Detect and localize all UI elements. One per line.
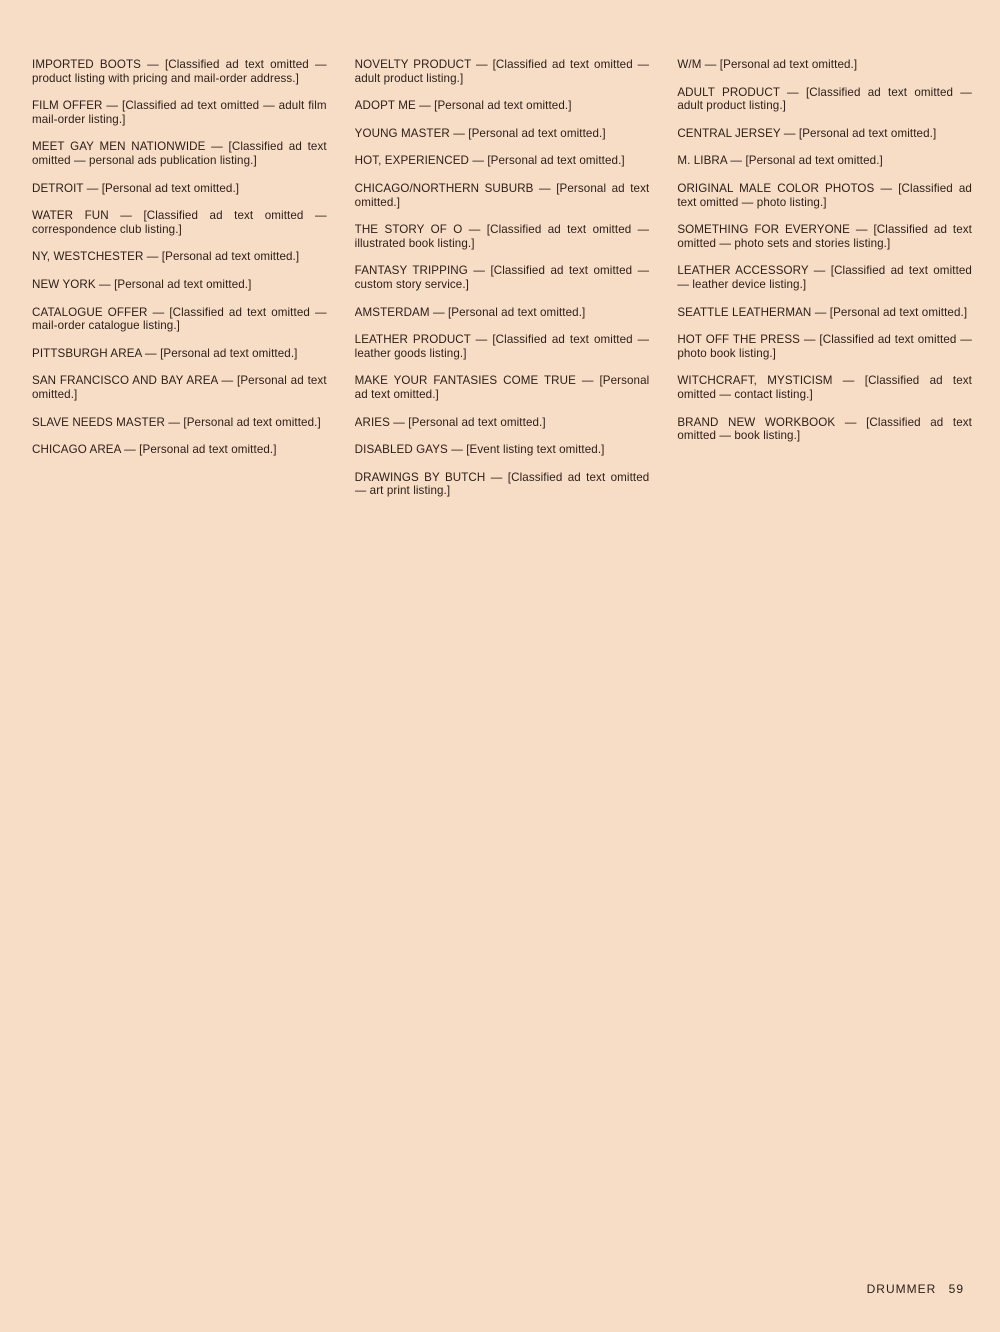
classified-ad: Original male color photos — [Classified… (677, 182, 972, 209)
classified-ad: The Story of O — [Classified ad text omi… (355, 223, 650, 250)
ad-title: Brand new workbook (677, 416, 835, 429)
ad-title: Something for everyone (677, 223, 850, 236)
ad-title: Young master (355, 127, 450, 140)
classified-ad: Drawings by Butch — [Classified ad text … (355, 471, 650, 498)
ad-title: Slave needs master (32, 416, 165, 429)
ad-body: [Personal ad text omitted.] (830, 306, 967, 319)
ad-title: Disabled gays (355, 443, 448, 456)
classified-ad: Imported boots — [Classified ad text omi… (32, 58, 327, 85)
ad-title: Drawings by Butch (355, 471, 486, 484)
ad-title: Catalogue offer (32, 306, 148, 319)
classified-ad: Central Jersey — [Personal ad text omitt… (677, 127, 972, 141)
ad-title: Aries (355, 416, 390, 429)
ad-title: Water fun (32, 209, 109, 222)
ad-title: M. Libra (677, 154, 727, 167)
classified-ad: Leather accessory — [Classified ad text … (677, 264, 972, 291)
ad-body: [Personal ad text omitted.] (434, 99, 571, 112)
ad-title: Chicago/Northern suburb (355, 182, 534, 195)
column-2: Novelty product — [Classified ad text om… (355, 58, 650, 1283)
classified-ad: Meet gay men nationwide — [Classified ad… (32, 140, 327, 167)
ad-title: Leather product (355, 333, 471, 346)
ad-title: Witchcraft, mysticism (677, 374, 832, 387)
classified-ad: Film offer — [Classified ad text omitted… (32, 99, 327, 126)
ad-body: [Personal ad text omitted.] (448, 306, 585, 319)
classified-ad: Seattle leatherman — [Personal ad text o… (677, 306, 972, 320)
ad-title: Pittsburgh area (32, 347, 142, 360)
classified-ad: Water fun — [Classified ad text omitted … (32, 209, 327, 236)
ad-title: Central Jersey (677, 127, 780, 140)
ad-title: W/M (677, 58, 701, 71)
ad-title: Fantasy tripping (355, 264, 468, 277)
ad-body: [Personal ad text omitted.] (102, 182, 239, 195)
classified-ad: Chicago area — [Personal ad text omitted… (32, 443, 327, 457)
classified-ad: New York — [Personal ad text omitted.] (32, 278, 327, 292)
ad-title: Chicago area (32, 443, 121, 456)
classified-ad: NY, Westchester — [Personal ad text omit… (32, 250, 327, 264)
classified-ad: Amsterdam — [Personal ad text omitted.] (355, 306, 650, 320)
classified-ad: Adult product — [Classified ad text omit… (677, 86, 972, 113)
classified-ad: Pittsburgh area — [Personal ad text omit… (32, 347, 327, 361)
column-1: Imported boots — [Classified ad text omi… (32, 58, 327, 1283)
ad-title: Adult product (677, 86, 779, 99)
classified-ad: Detroit — [Personal ad text omitted.] (32, 182, 327, 196)
ad-body: [Personal ad text omitted.] (408, 416, 545, 429)
ad-title: Original male color photos (677, 182, 874, 195)
classified-ad: Novelty product — [Classified ad text om… (355, 58, 650, 85)
classified-ad: Witchcraft, mysticism — [Classified ad t… (677, 374, 972, 401)
ad-body: [Personal ad text omitted.] (799, 127, 936, 140)
ad-body: [Personal ad text omitted.] (114, 278, 251, 291)
classified-ad: Chicago/Northern suburb — [Personal ad t… (355, 182, 650, 209)
ad-title: Meet gay men nationwide (32, 140, 205, 153)
classified-ad: Hot, experienced — [Personal ad text omi… (355, 154, 650, 168)
ad-title: Hot, experienced (355, 154, 469, 167)
ad-title: Adopt me (355, 99, 416, 112)
classified-ad: Leather product — [Classified ad text om… (355, 333, 650, 360)
ad-title: New York (32, 278, 96, 291)
classified-ad: Something for everyone — [Classified ad … (677, 223, 972, 250)
classified-ad: Fantasy tripping — [Classified ad text o… (355, 264, 650, 291)
classified-ad: Aries — [Personal ad text omitted.] (355, 416, 650, 430)
ad-body: [Personal ad text omitted.] (183, 416, 320, 429)
classified-ad: Disabled gays — [Event listing text omit… (355, 443, 650, 457)
magazine-name: DRUMMER (867, 1282, 937, 1296)
page-footer: DRUMMER 59 (867, 1282, 964, 1296)
ad-title: NY, Westchester (32, 250, 143, 263)
classified-ad: Slave needs master — [Personal ad text o… (32, 416, 327, 430)
ad-title: Novelty product (355, 58, 471, 71)
classified-ad: Brand new workbook — [Classified ad text… (677, 416, 972, 443)
ad-title: Leather accessory (677, 264, 808, 277)
ad-body: [Personal ad text omitted.] (139, 443, 276, 456)
classified-ad: Young master — [Personal ad text omitted… (355, 127, 650, 141)
classified-ad: W/M — [Personal ad text omitted.] (677, 58, 972, 72)
ad-title: Detroit (32, 182, 83, 195)
ad-title: The Story of O (355, 223, 463, 236)
classified-ad: Catalogue offer — [Classified ad text om… (32, 306, 327, 333)
ad-body: [Personal ad text omitted.] (745, 154, 882, 167)
column-3: W/M — [Personal ad text omitted.]Adult p… (677, 58, 972, 1283)
ad-body: [Personal ad text omitted.] (162, 250, 299, 263)
classified-ad: M. Libra — [Personal ad text omitted.] (677, 154, 972, 168)
ad-body: [Personal ad text omitted.] (720, 58, 857, 71)
classified-ad: Make your fantasies come true — [Persona… (355, 374, 650, 401)
page-number: 59 (949, 1282, 964, 1296)
ad-body: [Personal ad text omitted.] (487, 154, 624, 167)
classified-ad: Adopt me — [Personal ad text omitted.] (355, 99, 650, 113)
ad-title: San Francisco and Bay Area (32, 374, 218, 387)
ad-title: Film offer (32, 99, 103, 112)
ad-title: Amsterdam (355, 306, 430, 319)
ad-title: Seattle leatherman (677, 306, 811, 319)
ad-body: [Event listing text omitted.] (466, 443, 604, 456)
ad-body: [Personal ad text omitted.] (468, 127, 605, 140)
ad-body: [Personal ad text omitted.] (160, 347, 297, 360)
ad-title: Make your fantasies come true (355, 374, 576, 387)
ad-title: Hot off the press (677, 333, 800, 346)
ad-title: Imported boots (32, 58, 141, 71)
classified-ad: Hot off the press — [Classified ad text … (677, 333, 972, 360)
classified-ad: San Francisco and Bay Area — [Personal a… (32, 374, 327, 401)
classifieds-columns: Imported boots — [Classified ad text omi… (32, 58, 972, 1283)
